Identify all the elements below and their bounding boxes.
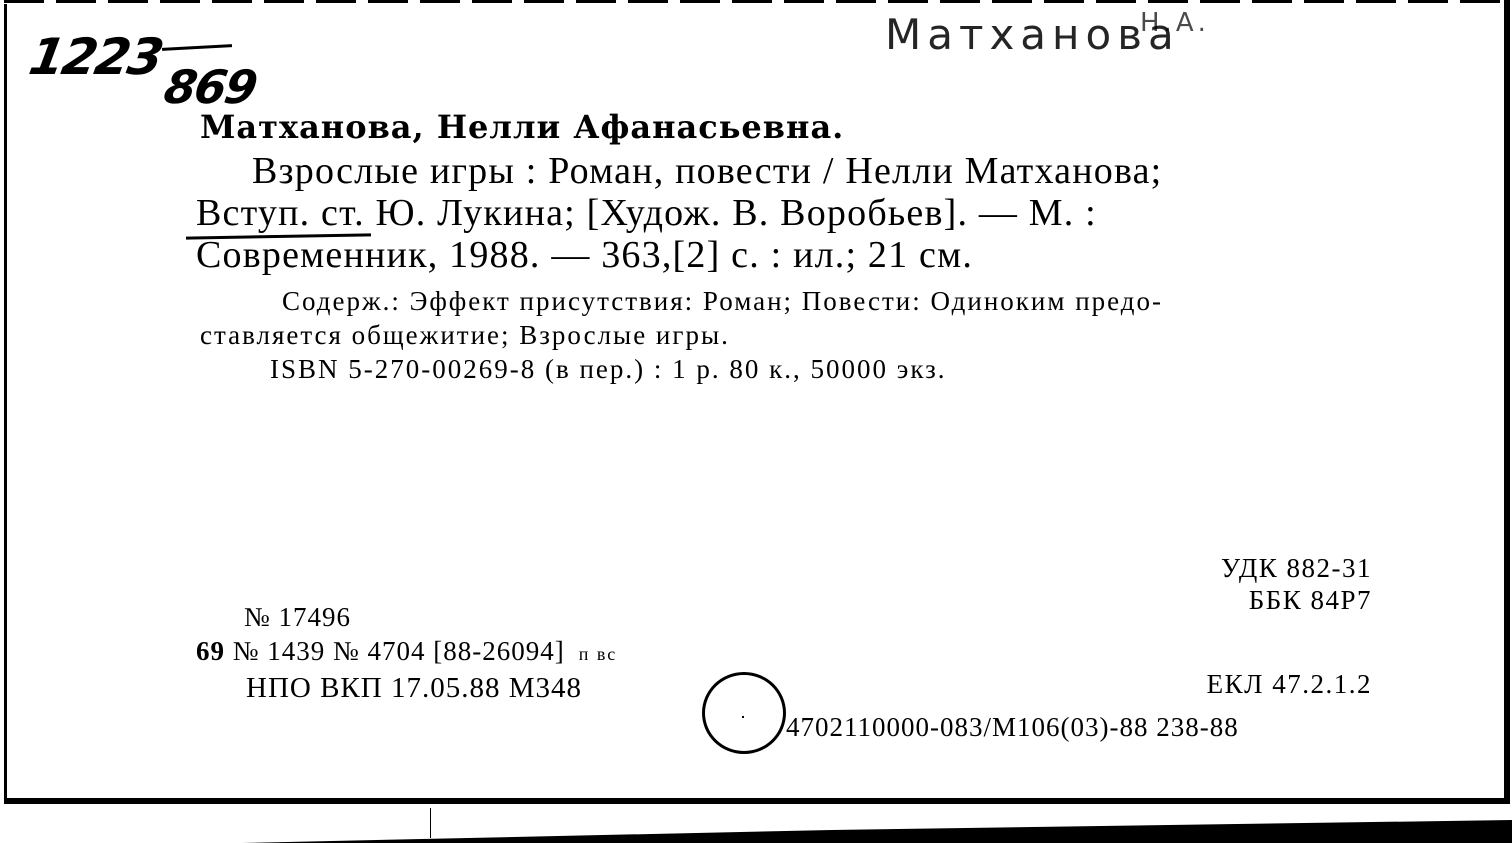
description-line-2: Вступ. ст. Ю. Лукина; [Худож. В. Воробье… [196, 192, 1376, 234]
isbn-line: ISBN 5-270-00269-8 (в пер.) : 1 р. 80 к.… [200, 352, 1380, 386]
call-number-bottom: 869 [160, 60, 260, 114]
order-numbers: № 1439 № 4704 [88-26094] [225, 636, 565, 666]
ekl-code: ЕКЛ 47.2.1.2 [1207, 668, 1372, 700]
description-line-1: Взрослые игры : Роман, повести / Нелли М… [196, 150, 1376, 192]
card-border-left [4, 4, 7, 804]
card-number: № 17496 [196, 600, 617, 634]
description-line-3: Современник, 1988. — 363,[2] с. : ил.; 2… [196, 234, 1376, 276]
card-border-top [4, 0, 1512, 3]
scan-tick-mark [430, 808, 431, 838]
bbk-code: ББК 84Р7 [1207, 584, 1372, 616]
author-heading: Матханова, Нелли Афанасьевна. [200, 108, 844, 146]
circle-center-dot [742, 716, 744, 718]
pencil-initials-note: Н.А. [1140, 8, 1210, 38]
footer-left: № 17496 69 № 1439 № 4704 [88-26094]п вс … [196, 600, 617, 705]
scan-shadow [0, 808, 1512, 843]
description-line-2-rest: Ю. Лукина; [Худож. В. Воробьев]. — М. : [365, 192, 1097, 234]
udk-code: УДК 882-31 [1207, 552, 1372, 584]
bibliographic-description: Взрослые игры : Роман, повести / Нелли М… [196, 150, 1376, 276]
order-prefix: 69 [196, 636, 225, 666]
underlined-introduction: Вступ. ст. [196, 192, 365, 234]
pencil-author-note: Матханова [885, 10, 1180, 59]
price-code: 4702110000-083/М106(03)-88 238-88 [786, 712, 1239, 743]
order-suffix: п вс [579, 644, 618, 664]
call-number-top: 1223 [25, 28, 166, 86]
footer-right: УДК 882-31 ББК 84Р7 ЕКЛ 47.2.1.2 [1207, 552, 1372, 700]
card-border-right [1504, 0, 1510, 800]
publisher-line: НПО ВКП 17.05.88 М348 [196, 671, 617, 705]
contents-line-1: Содерж.: Эффект присутствия: Роман; Пове… [200, 284, 1380, 318]
contents-line-2: ставляется общежитие; Взрослые игры. [200, 318, 1380, 352]
order-line: 69 № 1439 № 4704 [88-26094]п вс [196, 634, 617, 671]
contents-note: Содерж.: Эффект присутствия: Роман; Пове… [200, 284, 1380, 386]
card-border-bottom [4, 798, 1510, 804]
copyright-circle-icon [702, 672, 786, 754]
